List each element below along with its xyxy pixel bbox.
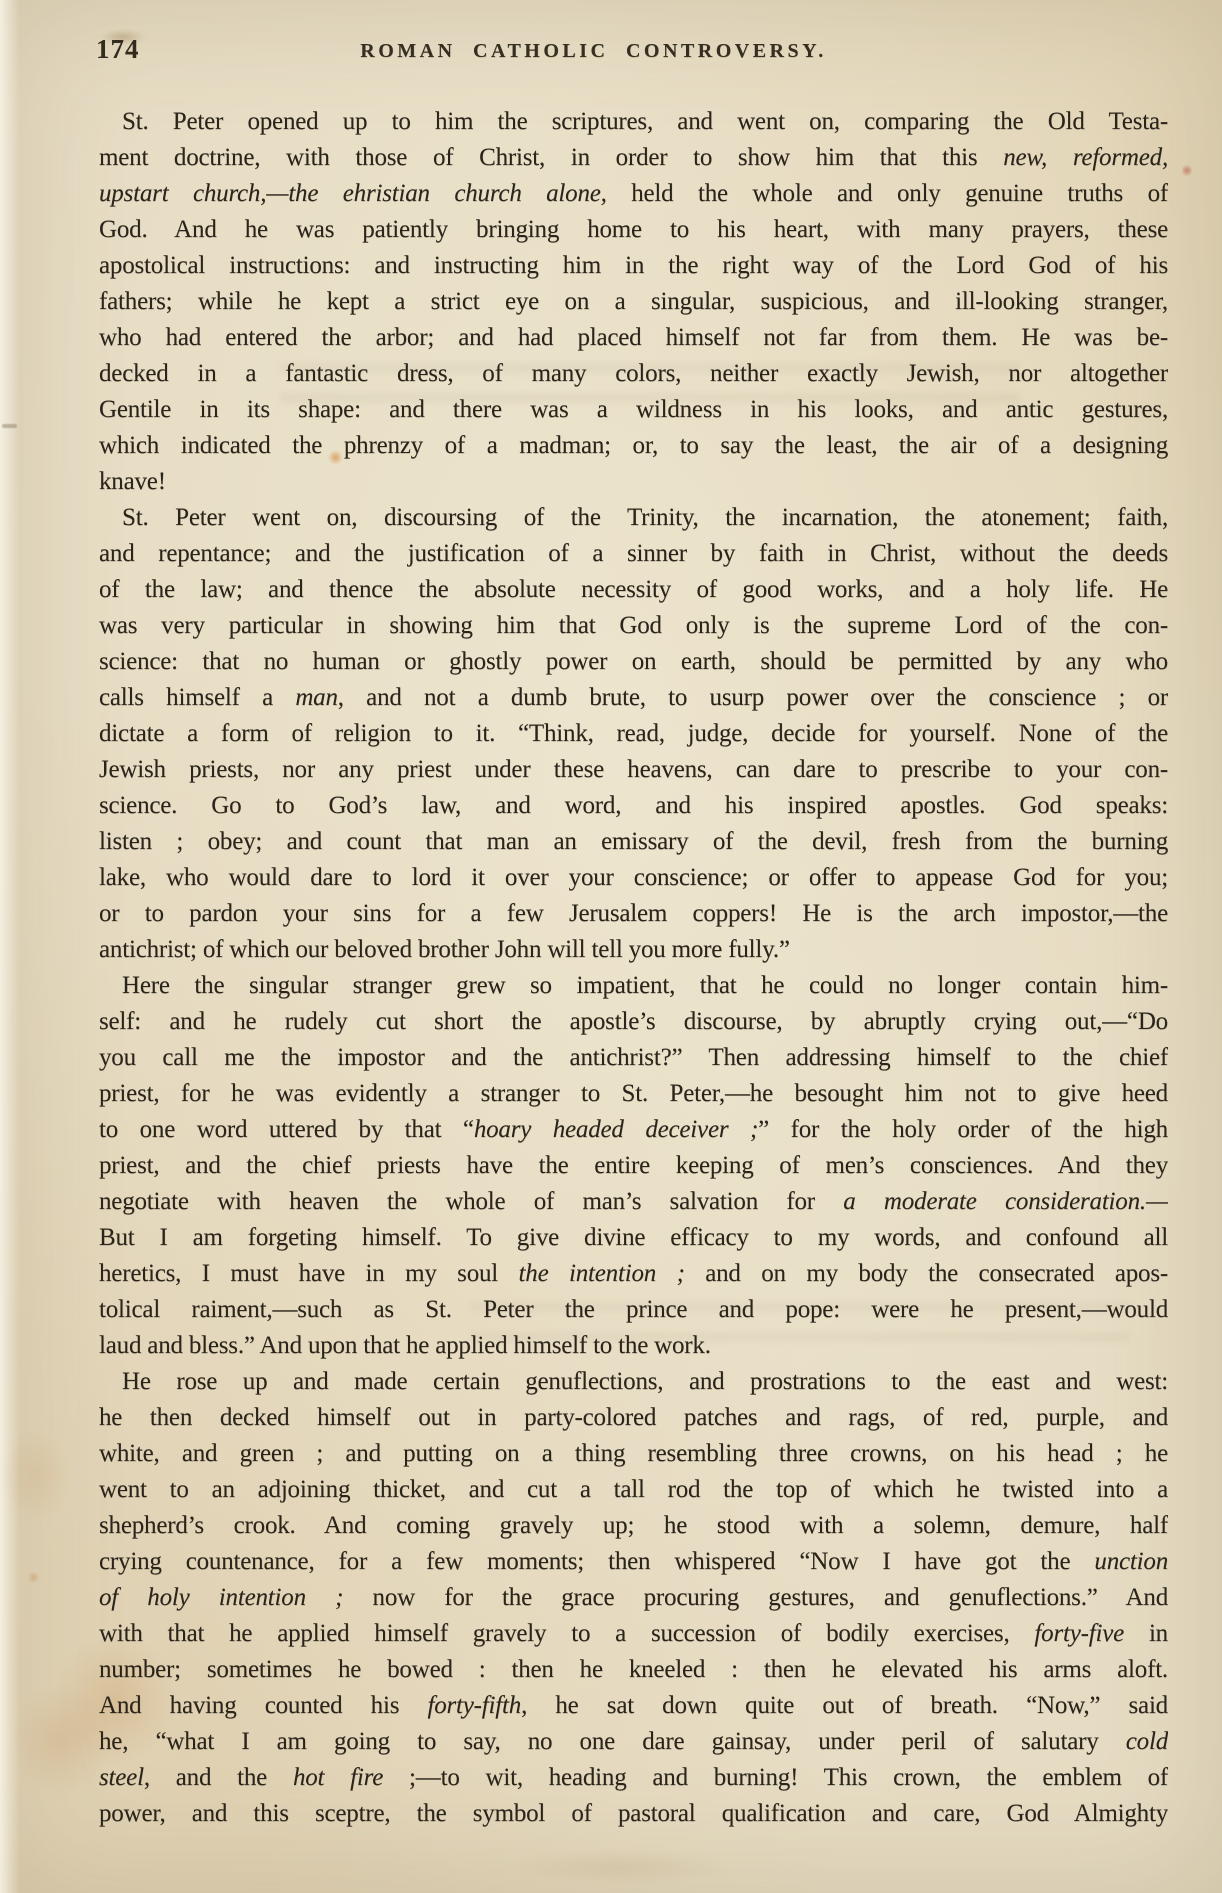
text-line: upstart church,—the ehristian church alo… (99, 176, 1168, 212)
text-line: of holy intention ; now for the grace pr… (99, 1580, 1168, 1616)
text-segment: he then decked himself out in party-colo… (99, 1404, 1168, 1431)
text-line: to one word uttered by that “hoary heade… (99, 1112, 1168, 1148)
text-line: antichrist; of which our beloved brother… (99, 932, 1168, 968)
book-page: 174 ROMAN CATHOLIC CONTROVERSY. St. Pete… (0, 0, 1222, 1893)
text-line: decked in a fantastic dress, of many col… (99, 356, 1168, 392)
text-segment: in (1124, 1620, 1168, 1647)
text-line: shepherd’s crook. And coming gravely up;… (99, 1508, 1168, 1544)
text-segment: laud and bless.” And upon that he applie… (99, 1332, 711, 1359)
text-line: laud and bless.” And upon that he applie… (99, 1328, 1168, 1364)
text-segment: Here the singular stranger grew so impat… (122, 972, 1168, 999)
text-segment: self: and he rudely cut short the apostl… (99, 1008, 1168, 1035)
text-line: science: that no human or ghostly power … (99, 644, 1168, 680)
running-header: ROMAN CATHOLIC CONTROVERSY. (59, 40, 1128, 63)
text-line: steel, and the hot fire ;—to wit, headin… (99, 1760, 1168, 1796)
text-line: of the law; and thence the absolute nece… (99, 572, 1168, 608)
text-segment: antichrist; of which our beloved brother… (99, 936, 790, 963)
text-line: And having counted his forty-fifth, he s… (99, 1688, 1168, 1724)
text-line: priest, for he was evidently a stranger … (99, 1076, 1168, 1112)
text-segment: held the whole and only genuine truths o… (607, 180, 1168, 207)
foxing-stain (0, 1430, 70, 1520)
foxing-stain (510, 1850, 730, 1884)
text-segment: and repentance; and the justification of… (99, 540, 1168, 567)
text-line: But I am forgeting himself. To give divi… (99, 1220, 1168, 1256)
text-line: went to an adjoining thicket, and cut a … (99, 1472, 1168, 1508)
text-line: science. Go to God’s law, and word, and … (99, 788, 1168, 824)
text-line: fathers; while he kept a strict eye on a… (99, 284, 1168, 320)
text-line: Jewish priests, nor any priest under the… (99, 752, 1168, 788)
text-line: apostolical instructions: and instructin… (99, 248, 1168, 284)
text-segment: St. Peter opened up to him the scripture… (122, 108, 1168, 135)
foxing-spot (27, 1572, 40, 1583)
text-segment: decked in a fantastic dress, of many col… (99, 360, 1168, 387)
text-segment: knave! (99, 468, 166, 495)
italic-text-segment: of holy intention ; (99, 1584, 343, 1611)
text-line: which indicated the phrenzy of a madman;… (99, 428, 1168, 464)
text-segment: ” for the holy order of the high (758, 1116, 1168, 1143)
text-segment: dictate a form of religion to it. “Think… (99, 720, 1168, 747)
text-line: priest, and the chief priests have the e… (99, 1148, 1168, 1184)
text-segment: , he sat down quite out of breath. “Now,… (521, 1692, 1168, 1719)
text-segment: Gentile in its shape: and there was a wi… (99, 396, 1168, 423)
text-segment: with that he applied himself gravely to … (99, 1620, 1034, 1647)
text-segment: science: that no human or ghostly power … (99, 648, 1168, 675)
text-line: lake, who would dare to lord it over you… (99, 860, 1168, 896)
text-segment: fathers; while he kept a strict eye on a… (99, 288, 1168, 315)
italic-text-segment: upstart church,—the ehristian church alo… (99, 180, 607, 207)
text-segment: you call me the impostor and the antichr… (99, 1044, 1168, 1071)
text-line: heretics, I must have in my soul the int… (99, 1256, 1168, 1292)
italic-text-segment: new, reformed, (1003, 144, 1168, 171)
italic-text-segment: man (295, 684, 337, 711)
text-line: Here the singular stranger grew so impat… (99, 968, 1168, 1004)
text-segment: ment doctrine, with those of Christ, in … (99, 144, 1003, 171)
paragraph: St. Peter went on, discoursing of the Tr… (99, 500, 1168, 968)
text-segment: calls himself a (99, 684, 295, 711)
italic-text-segment: hot fire (293, 1764, 383, 1791)
text-segment: went to an adjoining thicket, and cut a … (99, 1476, 1168, 1503)
text-segment: to one word uttered by that “ (99, 1116, 474, 1143)
text-segment: he, “what I am going to say, no one dare… (99, 1728, 1126, 1755)
text-line: ment doctrine, with those of Christ, in … (99, 140, 1168, 176)
italic-text-segment: unction (1094, 1548, 1168, 1575)
text-line: or to pardon your sins for a few Jerusal… (99, 896, 1168, 932)
page-body-text: St. Peter opened up to him the scripture… (99, 104, 1168, 1832)
text-line: white, and green ; and putting on a thin… (99, 1436, 1168, 1472)
text-line: was very particular in showing him that … (99, 608, 1168, 644)
text-segment: power, and this sceptre, the symbol of p… (99, 1800, 1168, 1827)
text-segment: and on my body the consecrated apos- (685, 1260, 1168, 1287)
text-segment: But I am forgeting himself. To give divi… (99, 1224, 1168, 1251)
text-segment: apostolical instructions: and instructin… (99, 252, 1168, 279)
text-line: tolical raiment,—such as St. Peter the p… (99, 1292, 1168, 1328)
text-line: power, and this sceptre, the symbol of p… (99, 1796, 1168, 1832)
text-segment: priest, and the chief priests have the e… (99, 1152, 1168, 1179)
text-segment: He rose up and made certain genuflection… (122, 1368, 1168, 1395)
text-line: self: and he rudely cut short the apostl… (99, 1004, 1168, 1040)
text-line: he, “what I am going to say, no one dare… (99, 1724, 1168, 1760)
text-segment: priest, for he was evidently a stranger … (99, 1080, 1168, 1107)
text-segment: was very particular in showing him that … (99, 612, 1168, 639)
text-line: St. Peter opened up to him the scripture… (99, 104, 1168, 140)
paragraph: He rose up and made certain genuflection… (99, 1364, 1168, 1832)
text-line: and repentance; and the justification of… (99, 536, 1168, 572)
foxing-spot (1182, 164, 1192, 177)
text-segment: St. Peter went on, discoursing of the Tr… (122, 504, 1168, 531)
text-line: listen ; obey; and count that man an emi… (99, 824, 1168, 860)
margin-mark (2, 424, 17, 428)
text-segment: now for the grace procuring gestures, an… (343, 1584, 1168, 1611)
text-line: God. And he was patiently bringing home … (99, 212, 1168, 248)
italic-text-segment: forty-five (1034, 1620, 1124, 1647)
italic-text-segment: forty-fifth (427, 1692, 521, 1719)
text-segment: listen ; obey; and count that man an emi… (99, 828, 1168, 855)
text-line: He rose up and made certain genuflection… (99, 1364, 1168, 1400)
text-segment: negotiate with heaven the whole of man’s… (99, 1188, 843, 1215)
paragraph: Here the singular stranger grew so impat… (99, 968, 1168, 1364)
text-line: St. Peter went on, discoursing of the Tr… (99, 500, 1168, 536)
text-segment: Jewish priests, nor any priest under the… (99, 756, 1168, 783)
text-segment: , and not a dumb brute, to usurp power o… (338, 684, 1168, 711)
foxing-stain (12, 1685, 112, 1795)
page-edge-highlight (0, 0, 20, 1893)
text-segment: heretics, I must have in my soul (99, 1260, 519, 1287)
text-segment: which indicated the phrenzy of a madman;… (99, 432, 1168, 459)
text-segment: , and the (144, 1764, 293, 1791)
text-line: Gentile in its shape: and there was a wi… (99, 392, 1168, 428)
text-line: knave! (99, 464, 1168, 500)
text-segment: God. And he was patiently bringing home … (99, 216, 1168, 243)
text-line: negotiate with heaven the whole of man’s… (99, 1184, 1168, 1220)
text-line: number; sometimes he bowed : then he kne… (99, 1652, 1168, 1688)
italic-text-segment: a moderate consideration.— (843, 1188, 1168, 1215)
text-segment: number; sometimes he bowed : then he kne… (99, 1656, 1168, 1683)
text-segment: white, and green ; and putting on a thin… (99, 1440, 1168, 1467)
text-line: dictate a form of religion to it. “Think… (99, 716, 1168, 752)
text-segment: science. Go to God’s law, and word, and … (99, 792, 1168, 819)
text-segment: lake, who would dare to lord it over you… (99, 864, 1168, 891)
text-segment: tolical raiment,—such as St. Peter the p… (99, 1296, 1168, 1323)
paragraph: St. Peter opened up to him the scripture… (99, 104, 1168, 500)
italic-text-segment: hoary headed deceiver ; (474, 1116, 758, 1143)
italic-text-segment: steel (99, 1764, 144, 1791)
text-line: crying countenance, for a few moments; t… (99, 1544, 1168, 1580)
text-segment: And having counted his (99, 1692, 427, 1719)
text-segment: who had entered the arbor; and had place… (99, 324, 1168, 351)
text-line: he then decked himself out in party-colo… (99, 1400, 1168, 1436)
text-line: calls himself a man, and not a dumb brut… (99, 680, 1168, 716)
italic-text-segment: the intention ; (519, 1260, 685, 1287)
text-segment: crying countenance, for a few moments; t… (99, 1548, 1094, 1575)
text-line: who had entered the arbor; and had place… (99, 320, 1168, 356)
text-line: you call me the impostor and the antichr… (99, 1040, 1168, 1076)
text-segment: shepherd’s crook. And coming gravely up;… (99, 1512, 1168, 1539)
text-segment: of the law; and thence the absolute nece… (99, 576, 1168, 603)
text-segment: or to pardon your sins for a few Jerusal… (99, 900, 1168, 927)
italic-text-segment: cold (1126, 1728, 1168, 1755)
text-line: with that he applied himself gravely to … (99, 1616, 1168, 1652)
text-segment: ;—to wit, heading and burning! This crow… (383, 1764, 1168, 1791)
